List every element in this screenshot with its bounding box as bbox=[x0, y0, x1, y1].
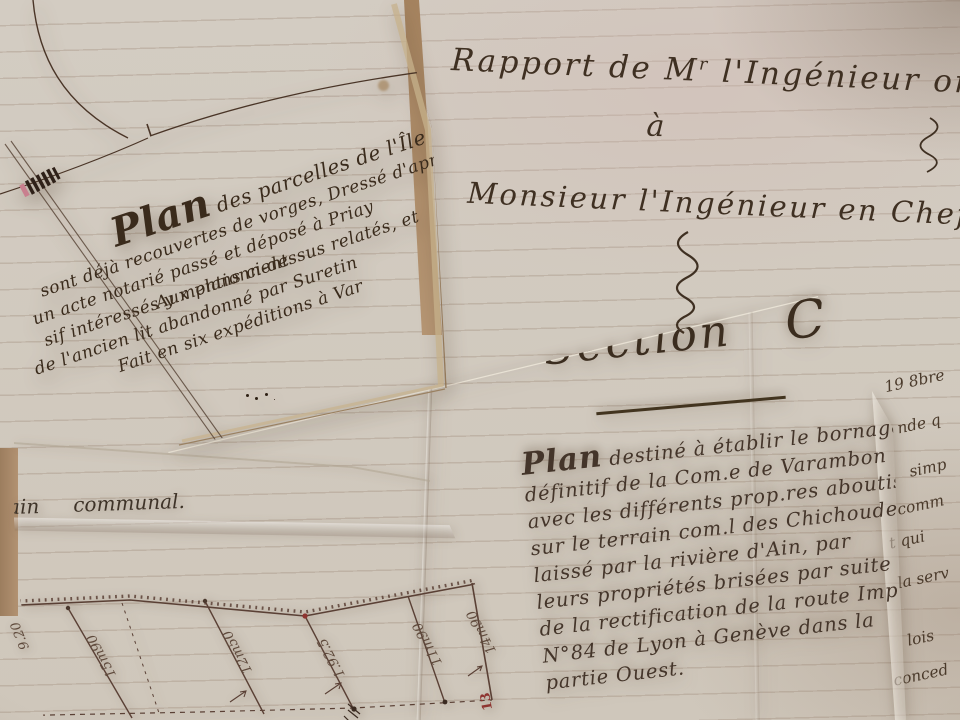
arrow-icon bbox=[468, 666, 482, 676]
alignment-dashed-line bbox=[0, 700, 492, 716]
survey-point bbox=[443, 700, 448, 705]
section-paragraph: Plandestiné à établir le bornage définit… bbox=[520, 409, 935, 696]
sketch-tick bbox=[147, 124, 151, 136]
survey-point-red bbox=[302, 613, 307, 618]
parcel-line-dashed bbox=[122, 603, 160, 716]
arrow-icon bbox=[230, 691, 246, 702]
sketch-curve bbox=[150, 70, 436, 136]
ink-stain bbox=[378, 80, 389, 91]
boundary-line bbox=[0, 562, 548, 616]
wavy-flourish-icon bbox=[677, 232, 698, 333]
ordre-flourish-icon bbox=[920, 118, 937, 172]
sketch-curve bbox=[33, 0, 128, 138]
arrow-icon bbox=[325, 683, 341, 694]
survey-point bbox=[203, 599, 207, 603]
survey-point bbox=[66, 606, 70, 610]
photo-of-manuscripts: { "rapport": { "line1": { "a": "Rapport … bbox=[0, 0, 960, 720]
red-parcel-number: 13 bbox=[478, 691, 496, 711]
ink-spatter-dots bbox=[246, 394, 249, 397]
